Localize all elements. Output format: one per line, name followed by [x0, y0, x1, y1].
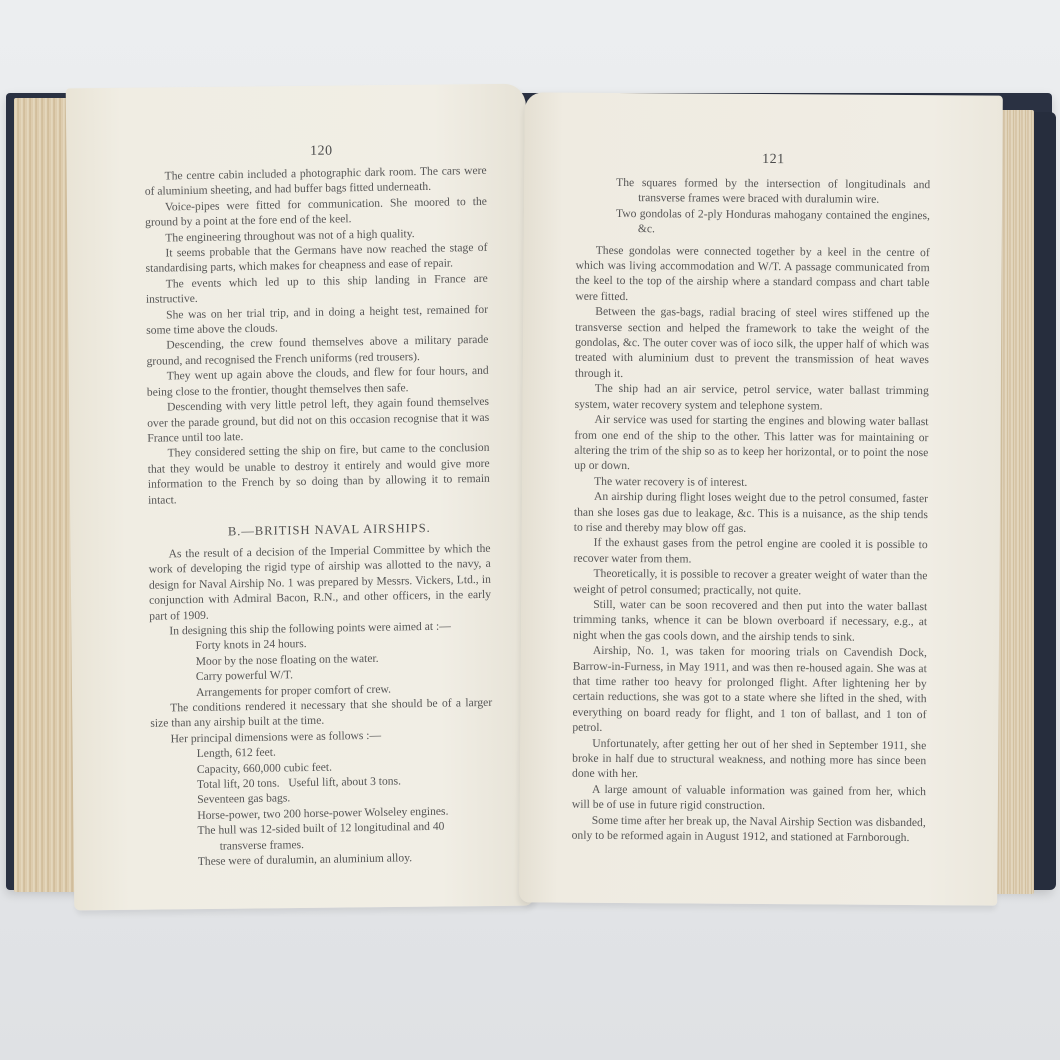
aims-list: Forty knots in 24 hours. Moor by the nos…: [195, 633, 492, 700]
right-page: 121 The squares formed by the intersecti…: [519, 92, 1003, 905]
section-heading: B.—BRITISH NAVAL AIRSHIPS.: [148, 520, 490, 541]
paragraph: An airship during flight loses weight du…: [574, 489, 928, 538]
page-number-right: 121: [524, 150, 1002, 169]
paragraph: Airship, No. 1, was taken for mooring tr…: [572, 643, 927, 738]
construction-list: The squares formed by the intersection o…: [616, 175, 930, 239]
paragraph: Between the gas-bags, radial bracing of …: [575, 304, 930, 384]
paragraph: As the result of a decision of the Imper…: [149, 541, 492, 624]
list-item: The squares formed by the intersection o…: [616, 175, 930, 208]
paragraph: A large amount of valuable information w…: [572, 782, 926, 815]
paragraph: Descending with very little petrol left,…: [147, 394, 489, 446]
dimensions-list: Length, 612 feet. Capacity, 660,000 cubi…: [197, 741, 494, 869]
paragraph: Some time after her break up, the Naval …: [572, 812, 926, 845]
paragraph: These gondolas were connected together b…: [575, 242, 929, 306]
paragraph: Theoretically, it is possible to recover…: [573, 566, 927, 599]
paragraph: Air service was used for starting the en…: [574, 412, 928, 476]
left-page-body: The centre cabin included a photographic…: [145, 163, 494, 870]
right-page-body: The squares formed by the intersection o…: [572, 175, 931, 846]
paragraph: They considered setting the ship on fire…: [147, 440, 490, 508]
paragraph: The ship had an air service, petrol serv…: [575, 381, 929, 414]
list-item: Two gondolas of 2-ply Honduras mahogany …: [616, 206, 930, 239]
page-number-left: 120: [66, 142, 526, 163]
paragraph: Unfortunately, after getting her out of …: [572, 735, 926, 784]
left-page: 120 The centre cabin included a photogra…: [66, 84, 535, 911]
paragraph: Still, water can be soon recovered and t…: [573, 597, 927, 646]
paragraph: If the exhaust gases from the petrol eng…: [574, 535, 928, 568]
